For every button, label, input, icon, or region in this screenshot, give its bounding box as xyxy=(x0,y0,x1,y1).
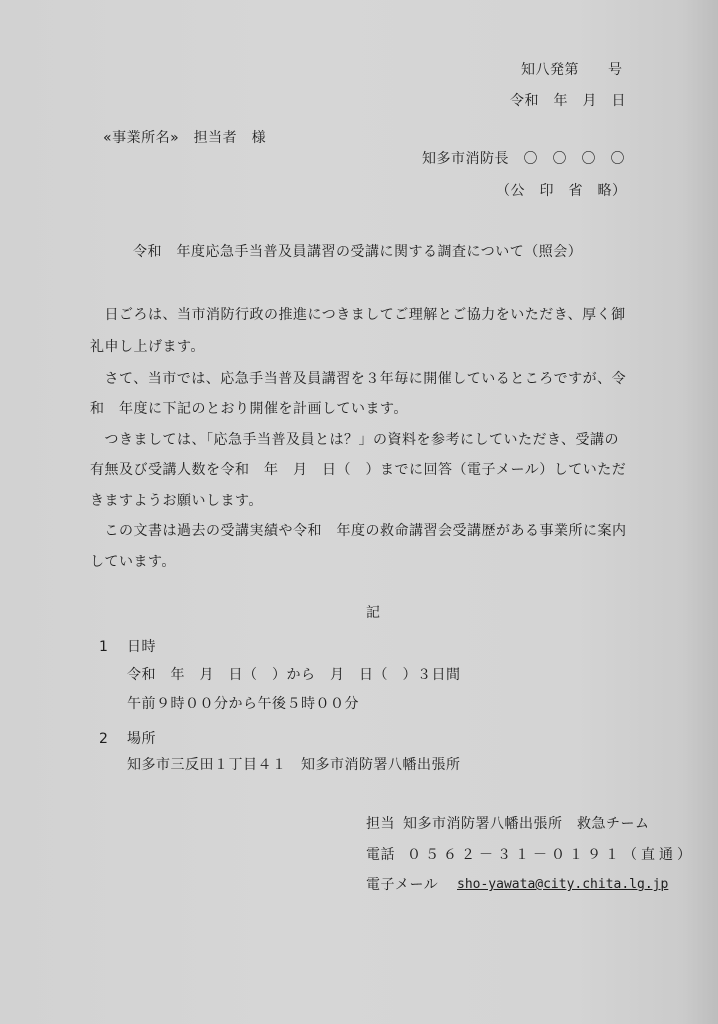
body-line: 有無及び受講人数を令和 年 月 日（ ）までに回答（電子メール）していただ xyxy=(90,461,626,479)
contact-phone-value: ０５６２－３１－０１９１（直通） xyxy=(407,846,695,864)
sender: 知多市消防長 〇 〇 〇 〇 xyxy=(422,150,625,168)
item-detail: 知多市三反田１丁目４１ 知多市消防署八幡出張所 xyxy=(127,756,461,774)
item-detail: 午前９時００分から午後５時００分 xyxy=(127,695,359,713)
item-label-datetime: 日時 xyxy=(127,638,156,656)
document-date: 令和 年 月 日 xyxy=(510,92,626,110)
body-line: 日ごろは、当市消防行政の推進につきましてご理解とご協力をいただき、厚く御 xyxy=(90,306,626,324)
recipient: «事業所名» 担当者 様 xyxy=(103,129,266,147)
item-number: 1 xyxy=(99,638,108,656)
item-label-place: 場所 xyxy=(127,730,156,748)
item-number: 2 xyxy=(99,730,108,748)
seal-omitted: （公 印 省 略） xyxy=(496,182,627,200)
contact-person-label: 担当 xyxy=(366,815,395,833)
body-line: つきましては、「応急手当普及員とは？」の資料を参考にしていただき、受講の xyxy=(90,431,619,449)
body-line: 礼申し上げます。 xyxy=(90,338,205,356)
notes-heading: 記 xyxy=(366,604,381,622)
body-line: しています。 xyxy=(90,553,176,571)
document-title: 令和 年度応急手当普及員講習の受講に関する調査について（照会） xyxy=(133,243,582,261)
item-detail: 令和 年 月 日（ ）から 月 日（ ）３日間 xyxy=(127,666,461,684)
contact-person-value: 知多市消防署八幡出張所 救急チーム xyxy=(403,815,650,833)
body-line: きますようお願いします。 xyxy=(90,492,263,510)
document-number: 知八発第 号 xyxy=(521,61,623,79)
contact-phone-label: 電話 xyxy=(366,846,395,864)
body-line: 和 年度に下記のとおり開催を計画しています。 xyxy=(90,400,408,418)
document-page: 知八発第 号 令和 年 月 日 «事業所名» 担当者 様 知多市消防長 〇 〇 … xyxy=(0,0,718,1024)
body-line: この文書は過去の受講実績や令和 年度の救命講習会受講歴がある事業所に案内 xyxy=(90,522,627,540)
body-line: さて、当市では、応急手当普及員講習を３年毎に開催しているところですが、令 xyxy=(90,370,626,388)
contact-email-link[interactable]: sho-yawata@city.chita.lg.jp xyxy=(457,876,668,894)
contact-email-label: 電子メール xyxy=(366,876,438,894)
